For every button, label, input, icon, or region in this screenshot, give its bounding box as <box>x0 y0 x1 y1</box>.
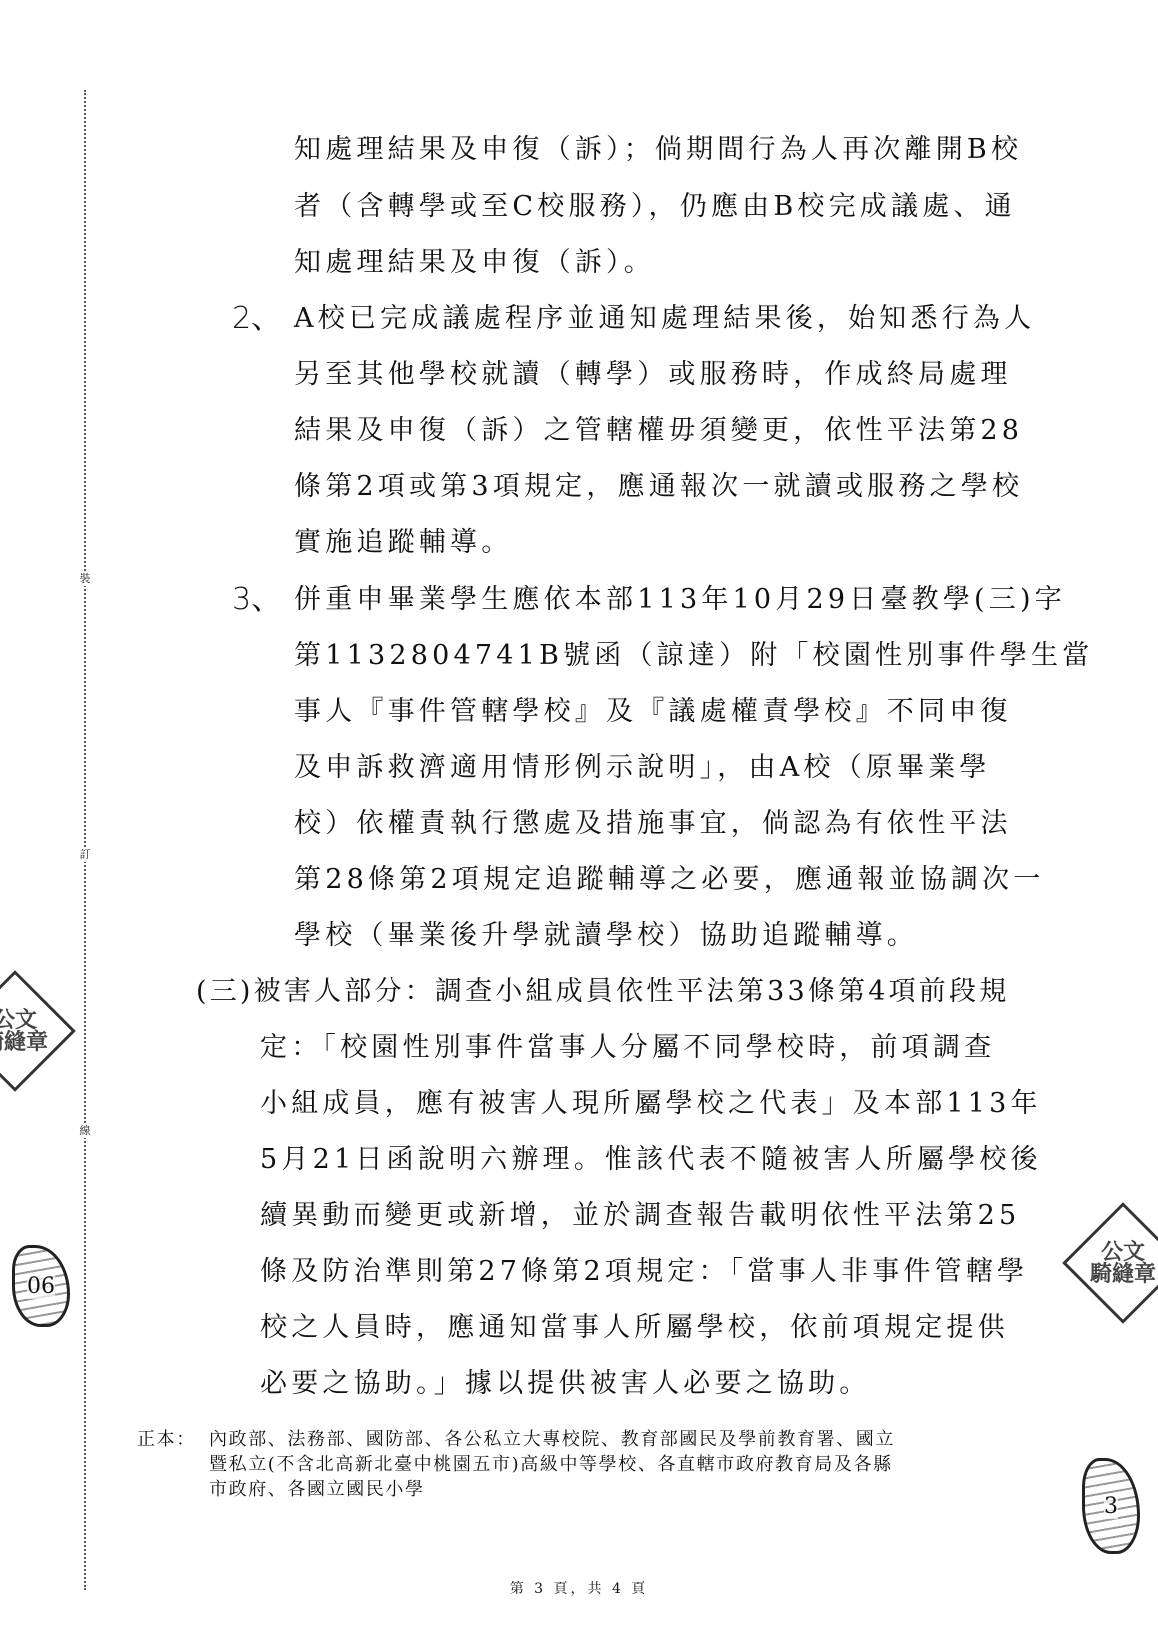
body-line: 併重申畢業學生應依本部113年10月29日臺教學(三)字 <box>294 583 1066 617</box>
left-page-seal: 06 <box>12 1245 70 1327</box>
body-line: A校已完成議處程序並通知處理結果後，始知悉行為人 <box>294 302 1035 336</box>
item-number-2: 2、 <box>232 302 281 336</box>
body-line: 第28條第2項規定追蹤輔導之必要，應通報並協調次一 <box>294 863 1045 897</box>
body-line: 另至其他學校就讀（轉學）或服務時，作成終局處理 <box>294 358 1012 392</box>
binding-mark-top: 裝 <box>76 572 94 586</box>
right-seal-number: 3 <box>1104 1494 1118 1519</box>
cc-line: 市政府、各國立國民小學 <box>209 1478 425 1502</box>
right-seam-stamp-text: 公文騎縫章 <box>1090 1241 1156 1285</box>
body-line: 及申訴救濟適用情形例示說明」，由A校（原畢業學 <box>294 751 991 785</box>
body-line: 學校（畢業後升學就讀學校）協助追蹤輔導。 <box>294 919 918 953</box>
body-line: 第1132804741B號函（諒達）附「校園性別事件學生當 <box>294 639 1093 673</box>
body-line: 校之人員時，應通知當事人所屬學校，依前項規定提供 <box>260 1311 1009 1345</box>
body-line: 小組成員，應有被害人現所屬學校之代表」及本部113年 <box>260 1087 1042 1121</box>
body-line: 事人『事件管轄學校』及『議處權責學校』不同申復 <box>294 695 1012 729</box>
cc-label: 正本： <box>137 1428 196 1452</box>
item-number-3: 3、 <box>232 583 281 617</box>
body-line: 知處理結果及申復（訴）；倘期間行為人再次離開B校 <box>294 133 1022 167</box>
right-seam-stamp: 公文騎縫章 <box>1062 1202 1158 1324</box>
body-line: 條及防治準則第27條第2項規定：「當事人非事件管轄學 <box>260 1255 1028 1289</box>
section-heading-victim: (三)被害人部分：調查小組成員依性平法第33條第4項前段規 <box>196 975 1009 1009</box>
cc-line: 暨私立(不含北高新北臺中桃園五市)高級中等學校、各直轄市政府教育局及各縣 <box>209 1453 893 1477</box>
left-seam-stamp-text: 公文騎縫章 <box>0 1009 48 1053</box>
binding-mark-middle: 訂 <box>76 848 94 862</box>
body-line: 續異動而變更或新增，並於調查報告載明依性平法第25 <box>260 1199 1020 1233</box>
body-line: 5月21日函說明六辦理。惟該代表不隨被害人所屬學校後 <box>260 1143 1042 1177</box>
body-line: 知處理結果及申復（訴）。 <box>294 246 655 280</box>
body-line: 實施追蹤輔導。 <box>294 526 512 560</box>
body-line: 條第2項或第3項規定，應通報次一就讀或服務之學校 <box>294 470 1023 504</box>
body-line: 必要之協助。」據以提供被害人必要之協助。 <box>260 1367 871 1401</box>
body-line: 定：「校園性別事件當事人分屬不同學校時，前項調查 <box>260 1031 995 1065</box>
cc-line: 內政部、法務部、國防部、各公私立大專校院、教育部國民及學前教育署、國立 <box>209 1428 895 1452</box>
right-page-seal: 3 <box>1082 1458 1140 1554</box>
binding-mark-bottom: 線 <box>76 1124 94 1138</box>
body-line: 結果及申復（訴）之管轄權毋須變更，依性平法第28 <box>294 414 1023 448</box>
binding-dotted-line <box>84 90 86 1590</box>
body-line: 者（含轉學或至C校服務），仍應由B校完成議處、通 <box>294 190 1016 224</box>
page-number-footer: 第 3 頁，共 4 頁 <box>0 1578 1158 1598</box>
left-seam-stamp: 公文騎縫章 <box>0 970 76 1092</box>
body-line: 校）依權責執行懲處及措施事宜，倘認為有依性平法 <box>294 807 1012 841</box>
left-seal-number: 06 <box>27 1274 55 1299</box>
